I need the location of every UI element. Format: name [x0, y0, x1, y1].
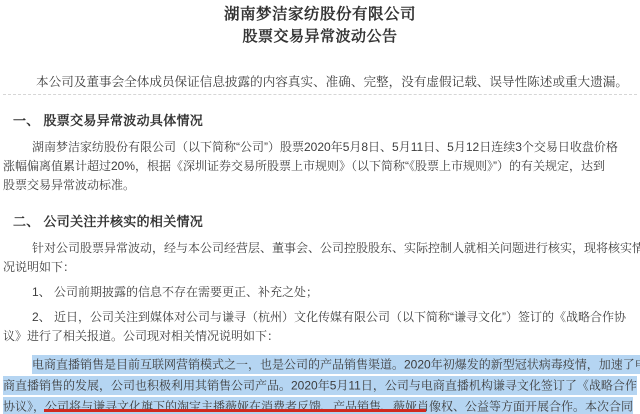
list-item-2: 2、 近日，公司关注到媒体对公司与谦寻（杭州）文化传媒有限公司（以下简称“谦寻文…	[3, 308, 637, 346]
company-name-title: 湖南梦洁家纺股份有限公司	[3, 4, 637, 25]
highlighted-paragraph: 电商直播销售是目前互联网营销模式之一，也是公司的产品销售渠道。2020年初爆发的…	[3, 354, 637, 414]
highlighted-text-line: 商直播销售的发展，公司也积极利用其销售公司产品。2020年5月11日，公司与电商…	[3, 375, 637, 396]
paragraph-line: 2、 近日，公司关注到媒体对公司与谦寻（杭州）文化传媒有限公司（以下简称“谦寻文…	[3, 308, 637, 327]
text-selection-highlight: 电商直播销售是目前互联网营销模式之一，也是公司的产品销售渠道。2020年初爆发的…	[32, 355, 640, 374]
paragraph-line: 1、 公司前期披露的信息不存在需要更正、补充之处；	[3, 283, 637, 302]
section-2-paragraph: 针对公司股票异常波动，经与本公司经营层、董事会、公司控股股东、实际控制人就相关问…	[3, 239, 637, 277]
announcement-title: 股票交易异常波动公告	[3, 26, 637, 47]
paragraph-line: 股票交易异常波动标准。	[3, 176, 637, 195]
section-1-paragraph: 湖南梦洁家纺股份有限公司（以下简称“公司”）股票2020年5月8日、5月11日、…	[3, 138, 637, 195]
guarantee-statement: 本公司及董事会全体成员保证信息披露的内容真实、准确、完整，没有虚假记载、误导性陈…	[3, 74, 637, 95]
text-selection-highlight: 商直播销售的发展，公司也积极利用其销售公司产品。2020年5月11日，公司与电商…	[3, 376, 637, 395]
section-2-heading: 二、 公司关注并核实的相关情况	[3, 213, 637, 231]
highlighted-text-line: 电商直播销售是目前互联网营销模式之一，也是公司的产品销售渠道。2020年初爆发的…	[3, 354, 637, 375]
paragraph-line: 议》进行了相关报道。公司现对相关情况说明如下：	[3, 327, 637, 346]
list-item-1: 1、 公司前期披露的信息不存在需要更正、补充之处；	[3, 283, 637, 302]
paragraph-line: 湖南梦洁家纺股份有限公司（以下简称“公司”）股票2020年5月8日、5月11日、…	[3, 138, 637, 157]
paragraph-line: 针对公司股票异常波动，经与本公司经营层、董事会、公司控股股东、实际控制人就相关问…	[3, 239, 637, 258]
paragraph-line: 涨幅偏离值累计超过20%，根据《深圳证券交易所股票上市规则》（以下简称“《股票上…	[3, 157, 637, 176]
announcement-document: 湖南梦洁家纺股份有限公司 股票交易异常波动公告 本公司及董事会全体成员保证信息披…	[0, 4, 640, 414]
paragraph-line: 况说明如下：	[3, 258, 637, 277]
red-underline-annotation	[44, 409, 426, 412]
section-1-heading: 一、 股票交易异常波动具体情况	[3, 112, 637, 130]
